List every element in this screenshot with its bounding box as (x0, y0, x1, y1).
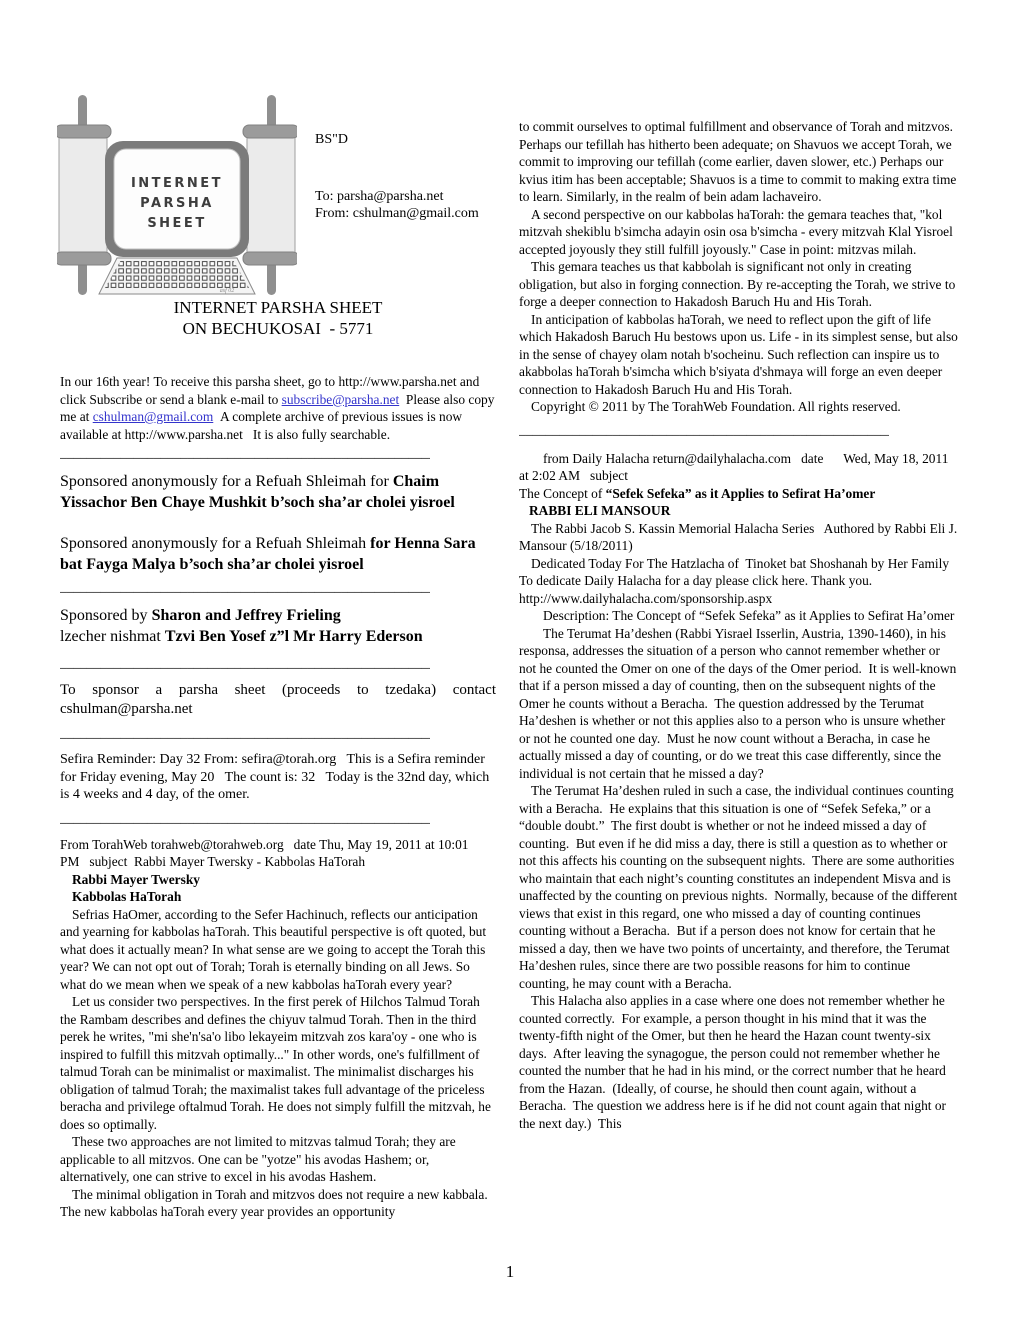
page-number: 1 (0, 1262, 1020, 1282)
sheet-title-line2: ON BECHUKOSAI - 5771 (60, 319, 496, 339)
torah-roller-right (243, 95, 297, 295)
sponsor-message-3: Sponsored by Sharon and Jeffrey Frieling… (60, 605, 496, 647)
subject-line: The Concept of “Sefek Sefeka” as it Appl… (519, 485, 959, 503)
separator: ________________________________________… (60, 725, 430, 741)
article-paragraph: A second perspective on our kabbolas haT… (519, 206, 959, 259)
separator: ________________________________________… (60, 810, 430, 826)
separator: ________________________________________… (519, 422, 889, 438)
sponsor3-line1: Sponsored by Sharon and Jeffrey Frieling (60, 607, 341, 624)
article-author: RABBI ELI MANSOUR (519, 502, 959, 520)
copyright-line: Copyright © 2011 by The TorahWeb Foundat… (519, 398, 959, 416)
article-title: Kabbolas HaTorah (60, 888, 496, 906)
article-paragraph: This gemara teaches us that kabbolah is … (519, 258, 959, 311)
logo-screen-line2: PARSHA (140, 196, 214, 211)
dedication-line: Dedicated Today For The Hatzlacha of Tin… (519, 555, 959, 608)
bsd-label: BS"D (315, 132, 348, 148)
sponsor1-text: Sponsored anonymously for a Refuah Shlei… (60, 473, 393, 490)
article-author: Rabbi Mayer Twersky (60, 871, 496, 889)
separator: ________________________________________… (60, 445, 430, 461)
sponsor-message-2: Sponsored anonymously for a Refuah Shlei… (60, 533, 496, 575)
email-header-torahweb: From TorahWeb torahweb@torahweb.org date… (60, 836, 496, 871)
sponsor-message-1: Sponsored anonymously for a Refuah Shlei… (60, 471, 496, 513)
article-paragraph: These two approaches are not limited to … (60, 1133, 496, 1186)
left-column: INTERNET PARSHA SHEET asf 02 BS"D To: pa… (60, 95, 496, 1221)
subject-text: The Concept of (519, 486, 606, 501)
email-header-dailyhalacha: from Daily Halacha return@dailyhalacha.c… (519, 450, 959, 485)
sheet-title-line1: INTERNET PARSHA SHEET (60, 298, 496, 318)
article-paragraph: Sefrias HaOmer, according to the Sefer H… (60, 906, 496, 994)
right-column: to commit ourselves to optimal fulfillme… (519, 118, 959, 1132)
article-paragraph: The Terumat Ha’deshen ruled in such a ca… (519, 782, 959, 992)
description-line: Description: The Concept of “Sefek Sefek… (519, 607, 959, 625)
sefira-reminder: Sefira Reminder: Day 32 From: sefira@tor… (60, 751, 496, 804)
email-address-block: To: parsha@parsha.net From: cshulman@gma… (315, 188, 479, 222)
title-on: ON (183, 319, 212, 338)
logo-screen-line1: INTERNET (131, 176, 223, 191)
torah-roller-left (57, 95, 111, 295)
sponsor3-line2: lzecher nishmat Tzvi Ben Yosef z”l Mr Ha… (60, 628, 423, 645)
article-paragraph: Let us consider two perspectives. In the… (60, 993, 496, 1133)
subject-title: “Sefek Sefeka” as it Applies to Sefirat … (606, 486, 876, 501)
sponsor2-text: Sponsored anonymously for a Refuah Shlei… (60, 535, 370, 552)
computer-monitor: INTERNET PARSHA SHEET (105, 141, 249, 257)
sponsor-contact: To sponsor a parsha sheet (proceeds to t… (60, 681, 496, 719)
parsha-name: BECHUKOSAI (211, 319, 321, 338)
email-to-line: To: parsha@parsha.net (315, 188, 479, 205)
cshulman-email-link[interactable]: cshulman@gmail.com (93, 409, 214, 424)
article-paragraph: The Terumat Ha’deshen (Rabbi Yisrael Iss… (519, 625, 959, 783)
series-line: The Rabbi Jacob S. Kassin Memorial Halac… (519, 520, 959, 555)
separator: ________________________________________… (60, 579, 430, 595)
article-paragraph: The minimal obligation in Torah and mitz… (60, 1186, 496, 1221)
sheet-title: INTERNET PARSHA SHEET ON BECHUKOSAI - 57… (60, 298, 496, 339)
keyboard-icon: asf 02 (99, 258, 255, 294)
internet-parsha-sheet-logo: INTERNET PARSHA SHEET asf 02 (57, 95, 297, 297)
logo-signature: asf 02 (220, 287, 235, 294)
title-year: - 5771 (321, 319, 373, 338)
subscribe-link[interactable]: subscribe@parsha.net (282, 392, 400, 407)
article-paragraph: to commit ourselves to optimal fulfillme… (519, 118, 959, 206)
separator: ________________________________________… (60, 655, 430, 671)
subscription-info: In our 16th year! To receive this parsha… (60, 373, 496, 443)
logo-screen-line3: SHEET (147, 216, 206, 231)
article-paragraph: In anticipation of kabbolas haTorah, we … (519, 311, 959, 399)
article-paragraph: This Halacha also applies in a case wher… (519, 992, 959, 1132)
masthead: INTERNET PARSHA SHEET asf 02 BS"D To: pa… (60, 95, 496, 373)
email-from-line: From: cshulman@gmail.com (315, 205, 479, 222)
document-page: INTERNET PARSHA SHEET asf 02 BS"D To: pa… (0, 0, 1020, 1320)
